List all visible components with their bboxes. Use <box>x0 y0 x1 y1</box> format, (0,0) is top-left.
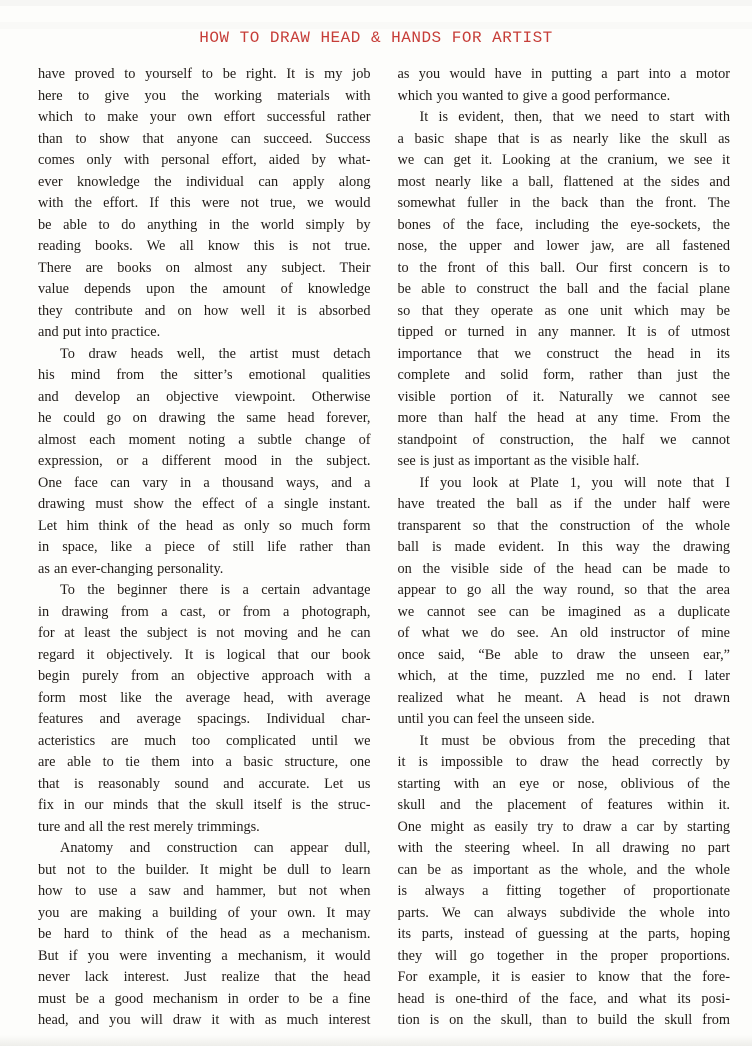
text-line: its parts, instead of guessing at the pa… <box>398 924 731 946</box>
text-line: here to give you the working materials w… <box>38 86 371 108</box>
text-line: as you would have in putting a part into… <box>398 64 731 86</box>
paragraph: Anatomy and construction can appear dull… <box>38 838 371 1032</box>
paragraph: as you would have in putting a part into… <box>398 64 731 107</box>
text-line: bones of the face, including the eye-soc… <box>398 215 731 237</box>
text-line: somewhat fuller in the back than the fro… <box>398 193 731 215</box>
text-line: more than half the head at any time. Fro… <box>398 408 731 430</box>
book-page: HOW TO DRAW HEAD & HANDS FOR ARTIST have… <box>0 0 752 1046</box>
text-line: a basic shape that is as nearly like the… <box>398 129 731 151</box>
scan-artifact-bottom <box>0 1035 752 1046</box>
text-line: realized what he meant. A head is not dr… <box>398 688 731 710</box>
text-line: must be a good mechanism in order to be … <box>38 989 371 1011</box>
text-line: expression, or a different mood in the s… <box>38 451 371 473</box>
text-line: To the beginner there is a certain advan… <box>38 580 371 602</box>
text-line: he could go on drawing the same head for… <box>38 408 371 430</box>
text-line: One might as easily try to draw a car by… <box>398 817 731 839</box>
text-line: is always a fitting together of proporti… <box>398 881 731 903</box>
text-line: acteristics are much too complicated unt… <box>38 731 371 753</box>
text-line: starting with an eye or nose, oblivious … <box>398 774 731 796</box>
text-line: Let him think of the head as only so muc… <box>38 516 371 538</box>
left-column: have proved to yourself to be right. It … <box>38 64 371 1032</box>
text-line: There are books on almost any subject. T… <box>38 258 371 280</box>
text-line: which to make your own effort successful… <box>38 107 371 129</box>
text-line: we can get it. Looking at the cranium, w… <box>398 150 731 172</box>
text-line: be able to do anything in the world simp… <box>38 215 371 237</box>
text-line: But if you were inventing a mechanism, i… <box>38 946 371 968</box>
paragraph: It is evident, then, that we need to sta… <box>398 107 731 473</box>
scan-artifact-top <box>0 0 752 6</box>
text-line: nose, the upper and lower jaw, are all f… <box>398 236 731 258</box>
text-line: can be as important as the whole, and th… <box>398 860 731 882</box>
paragraph: If you look at Plate 1, you will note th… <box>398 473 731 731</box>
page-title: HOW TO DRAW HEAD & HANDS FOR ARTIST <box>0 29 752 47</box>
text-line: be hard to think of the head as a mechan… <box>38 924 371 946</box>
text-line: that is reasonably sound and accurate. L… <box>38 774 371 796</box>
paragraph: To the beginner there is a certain advan… <box>38 580 371 838</box>
text-line: most nearly like a ball, flattened at th… <box>398 172 731 194</box>
text-line: in drawing from a cast, or from a photog… <box>38 602 371 624</box>
text-line: they will go together in the proper prop… <box>398 946 731 968</box>
text-line: his mind from the sitter’s emotional qua… <box>38 365 371 387</box>
text-line: as an ever-changing personality. <box>38 559 371 581</box>
text-line: which, at the time, puzzled me no end. I… <box>398 666 731 688</box>
text-line: in space, like a piece of still life rat… <box>38 537 371 559</box>
text-line: features and average spacings. Individua… <box>38 709 371 731</box>
text-line: head, and you will draw it with as much … <box>38 1010 371 1032</box>
paragraph: It must be obvious from the preceding th… <box>398 731 731 1032</box>
text-line: Anatomy and construction can appear dull… <box>38 838 371 860</box>
text-line: form most like the average head, with av… <box>38 688 371 710</box>
text-line: ever knowledge the individual can apply … <box>38 172 371 194</box>
text-line: with the effort. If this were not true, … <box>38 193 371 215</box>
text-line: skull and the placement of features with… <box>398 795 731 817</box>
text-line: of what we do see. An old instructor of … <box>398 623 731 645</box>
text-line: but not to the builder. It might be dull… <box>38 860 371 882</box>
scan-artifact-band <box>0 22 752 29</box>
text-line: and develop an objective viewpoint. Othe… <box>38 387 371 409</box>
text-line: never lack interest. Just realize that t… <box>38 967 371 989</box>
text-line: visible portion of it. Naturally we cann… <box>398 387 731 409</box>
text-line: reading books. We all know this is not t… <box>38 236 371 258</box>
text-line: regard it objectively. It is logical tha… <box>38 645 371 667</box>
text-line: we cannot see can be imagined as a dupli… <box>398 602 731 624</box>
text-line: For example, it is easier to know that t… <box>398 967 731 989</box>
text-line: with the steering wheel. In all drawing … <box>398 838 731 860</box>
text-line: have treated the ball as if the under ha… <box>398 494 731 516</box>
text-line: to the front of this ball. Our first con… <box>398 258 731 280</box>
text-line: for at least the subject is not moving a… <box>38 623 371 645</box>
text-line: almost each moment noting a subtle chang… <box>38 430 371 452</box>
text-line: appear to go all the way round, so that … <box>398 580 731 602</box>
text-line: ture and all the rest merely trimmings. <box>38 817 371 839</box>
text-line: so that they operate as one unit which m… <box>398 301 731 323</box>
text-line: fix in our minds that the skull itself i… <box>38 795 371 817</box>
text-line: see is just as important as the visible … <box>398 451 731 473</box>
text-line: on the visible side of the head can be m… <box>398 559 731 581</box>
text-line: how to use a saw and hammer, but not whe… <box>38 881 371 903</box>
text-line: If you look at Plate 1, you will note th… <box>398 473 731 495</box>
text-line: and put into practice. <box>38 322 371 344</box>
text-line: than to show that anyone can succeed. Su… <box>38 129 371 151</box>
text-line: are able to tie them into a basic struct… <box>38 752 371 774</box>
text-line: importance that we construct the head in… <box>398 344 731 366</box>
text-line: comes only with personal effort, aided b… <box>38 150 371 172</box>
text-line: you are making a building of your own. I… <box>38 903 371 925</box>
text-columns: have proved to yourself to be right. It … <box>38 64 730 1032</box>
text-line: To draw heads well, the artist must deta… <box>38 344 371 366</box>
text-line: it is impossible to draw the head correc… <box>398 752 731 774</box>
text-line: be able to construct the ball and the fa… <box>398 279 731 301</box>
text-line: until you can feel the unseen side. <box>398 709 731 731</box>
text-line: It is evident, then, that we need to sta… <box>398 107 731 129</box>
text-line: ball is made evident. In this way the dr… <box>398 537 731 559</box>
text-line: tipped or turned in any manner. It is of… <box>398 322 731 344</box>
text-line: have proved to yourself to be right. It … <box>38 64 371 86</box>
text-line: which you wanted to give a good performa… <box>398 86 731 108</box>
text-line: One face can vary in a thousand ways, an… <box>38 473 371 495</box>
text-line: begin purely from an objective approach … <box>38 666 371 688</box>
text-line: transparent so that the construction of … <box>398 516 731 538</box>
text-line: standpoint of construction, the half we … <box>398 430 731 452</box>
text-line: tion is on the skull, than to build the … <box>398 1010 731 1032</box>
text-line: It must be obvious from the preceding th… <box>398 731 731 753</box>
text-line: complete and solid form, rather than jus… <box>398 365 731 387</box>
text-line: head is one-third of the face, and what … <box>398 989 731 1011</box>
right-column: as you would have in putting a part into… <box>398 64 731 1032</box>
text-line: they contribute and on how well it is ab… <box>38 301 371 323</box>
text-line: parts. We can always subdivide the whole… <box>398 903 731 925</box>
paragraph: have proved to yourself to be right. It … <box>38 64 371 344</box>
text-line: once said, “Be able to draw the unseen e… <box>398 645 731 667</box>
text-line: value depends upon the amount of knowled… <box>38 279 371 301</box>
paragraph: To draw heads well, the artist must deta… <box>38 344 371 581</box>
text-line: drawing must show the effect of a single… <box>38 494 371 516</box>
